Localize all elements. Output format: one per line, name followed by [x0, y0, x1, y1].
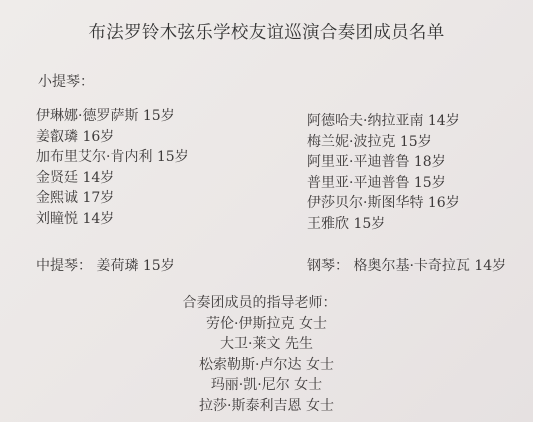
teacher-item: 拉莎·斯泰利吉恩 女士 — [0, 396, 533, 417]
member-item: 格奥尔基·卡奇拉瓦 14岁 — [353, 258, 506, 274]
teacher-item: 玛丽·凯·尼尔 女士 — [0, 375, 533, 396]
member-item: 阿里亚·平迪普鲁 18岁 — [307, 152, 460, 173]
violin-section-label: 小提琴： — [38, 71, 94, 91]
member-item: 伊琳娜·德罗萨斯 15岁 — [36, 106, 189, 127]
member-item: 刘瞳悦 14岁 — [36, 209, 189, 230]
member-item: 金熙诚 17岁 — [36, 188, 189, 209]
member-item: 加布里艾尔·肯内利 15岁 — [36, 147, 189, 168]
member-item: 普里亚·平迪普鲁 15岁 — [307, 173, 460, 194]
teacher-item: 大卫·莱文 先生 — [0, 334, 533, 355]
violin-left-column: 伊琳娜·德罗萨斯 15岁 姜叡璘 16岁 加布里艾尔·肯内利 15岁 金贤廷 1… — [36, 106, 189, 230]
member-item: 金贤廷 14岁 — [36, 168, 189, 189]
teacher-item: 劳伦·伊斯拉克 女士 — [0, 314, 533, 335]
viola-section-label: 中提琴： — [36, 258, 92, 274]
member-item: 姜叡璘 16岁 — [36, 127, 189, 148]
violin-right-column: 阿德哈夫·纳拉亚南 14岁 梅兰妮·波拉克 15岁 阿里亚·平迪普鲁 18岁 普… — [307, 111, 460, 235]
viola-row: 中提琴： 姜荷璘 15岁 — [36, 255, 175, 275]
teacher-item: 松索勒斯·卢尔达 女士 — [0, 355, 533, 376]
document-title: 布法罗铃木弦乐学校友谊巡演合奏团成员名单 — [0, 19, 533, 44]
member-item: 姜荷璘 15岁 — [96, 258, 174, 274]
piano-row: 钢琴： 格奥尔基·卡奇拉瓦 14岁 — [307, 255, 506, 275]
member-item: 梅兰妮·波拉克 15岁 — [307, 132, 460, 153]
member-item: 伊莎贝尔·斯图华特 16岁 — [307, 193, 460, 214]
teachers-section: 合奏团成员的指导老师： 劳伦·伊斯拉克 女士 大卫·莱文 先生 松索勒斯·卢尔达… — [0, 293, 533, 417]
member-item: 王雅欣 15岁 — [307, 214, 460, 235]
piano-section-label: 钢琴： — [307, 258, 349, 274]
member-item: 阿德哈夫·纳拉亚南 14岁 — [307, 111, 460, 132]
teachers-section-label: 合奏团成员的指导老师： — [0, 293, 533, 314]
